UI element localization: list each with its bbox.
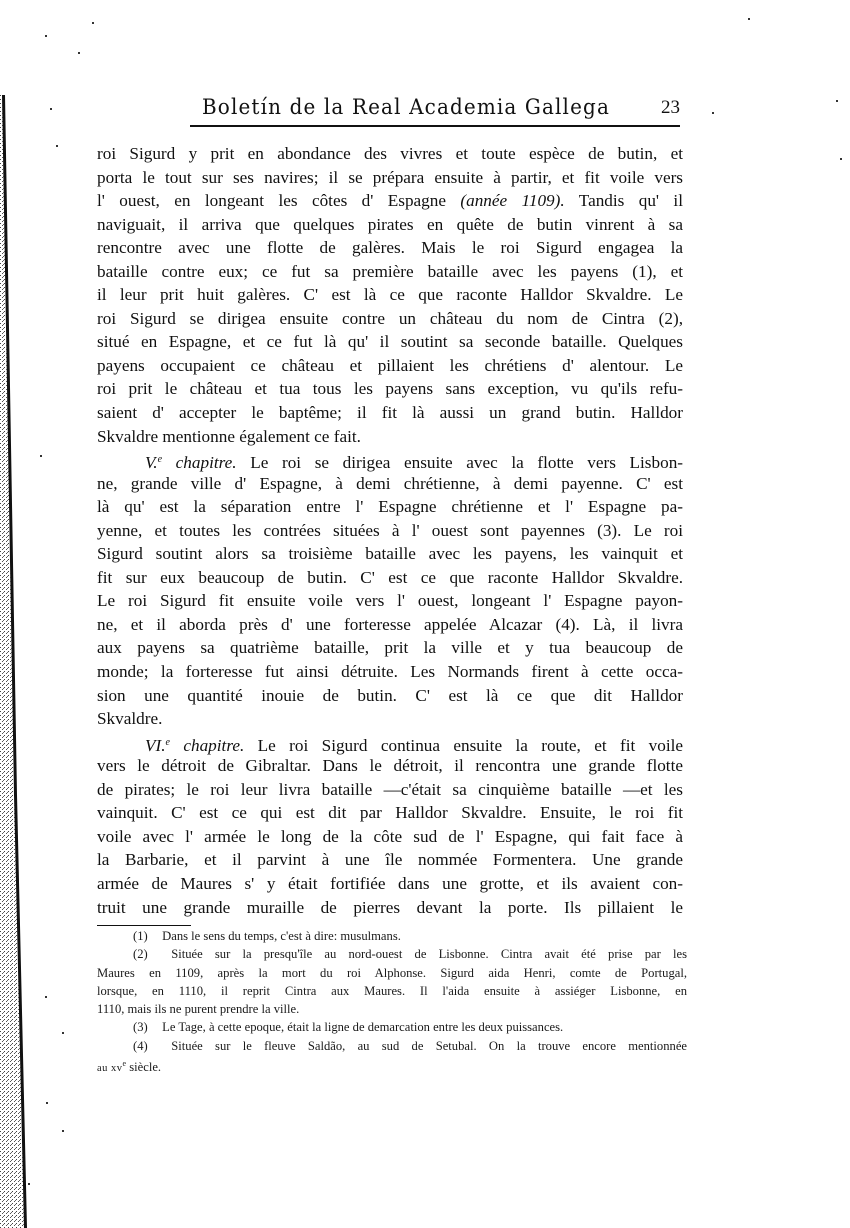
scan-speck (56, 145, 58, 147)
scan-speck (840, 158, 842, 160)
text-line: roi Sigurd y prit en abondance des vivre… (97, 142, 683, 166)
text-line: ne, et il aborda près d' une forteresse … (97, 613, 683, 637)
text-line: la Barbarie, et il parvint à une île nom… (97, 848, 683, 872)
scan-speck (748, 18, 750, 20)
scan-speck (62, 1032, 64, 1034)
footnote-separator (97, 925, 191, 926)
footnote-line: Maures en 1109, après la mort du roi Alp… (97, 964, 687, 982)
body-text: roi Sigurd y prit en abondance des vivre… (97, 142, 683, 919)
text-line: truit une grande muraille de pierres dev… (97, 896, 683, 920)
text-line: monde; la forteresse fut ainsi détruite.… (97, 660, 683, 684)
text-line: fit sur eux beaucoup de butin. C' est ce… (97, 566, 683, 590)
text-line: aux payens sa quatrième bataille, prit l… (97, 636, 683, 660)
scan-speck (46, 1102, 48, 1104)
scan-speck (45, 996, 47, 998)
text-line: ne, grande ville d' Espagne, à demi chré… (97, 472, 683, 496)
chapter-label: V.e chapitre. (145, 453, 237, 472)
text-line: bataille contre eux; ce fut sa première … (97, 260, 683, 284)
footnote-4: (4) Située sur le fleuve Saldão, au sud … (97, 1037, 687, 1055)
footnote-number: (3) (133, 1018, 159, 1036)
scan-speck (40, 455, 42, 457)
scan-speck (50, 108, 52, 110)
scan-speck (45, 35, 47, 37)
text-line: situé en Espagne, et ce fut là qu' il so… (97, 330, 683, 354)
scan-speck (92, 22, 94, 24)
text-line: il leur prit huit galères. C' est là ce … (97, 283, 683, 307)
text-line: Skvaldre. (97, 707, 683, 731)
text-line: rencontre avec une flotte de galères. Ma… (97, 236, 683, 260)
text-line: saient d' accepter le baptême; il fit là… (97, 401, 683, 425)
running-title: Boletín de la Real Academia Gallega (202, 95, 610, 119)
page-number: 23 (661, 97, 680, 119)
header-rule (190, 125, 680, 127)
chapter-label: VI.e chapitre. (145, 736, 244, 755)
date-annotation: (année 1109). (460, 191, 564, 210)
footnote-number: (1) (133, 927, 159, 945)
text-line: vers le détroit de Gibraltar. Dans le dé… (97, 754, 683, 778)
text-line: Skvaldre mentionne également ce fait. (97, 425, 683, 449)
text-line: porta le tout sur ses navires; il se pré… (97, 166, 683, 190)
footnote-line: 1110, mais ils ne purent prendre la vill… (97, 1000, 687, 1018)
scan-speck (62, 1130, 64, 1132)
book-binding-edge (0, 95, 30, 1228)
text-line: armée de Maures s' y était fortifiée dan… (97, 872, 683, 896)
footnotes: (1) Dans le sens du temps, c'est à dire:… (97, 927, 687, 1073)
text-line: Le roi Sigurd fit ensuite voile vers l' … (97, 589, 683, 613)
text-line: de pirates; le roi leur livra bataille —… (97, 778, 683, 802)
text-line: naviguait, il arriva que quelques pirate… (97, 213, 683, 237)
text-line: sion une quantité inouie de butin. C' es… (97, 684, 683, 708)
scan-speck (28, 1183, 30, 1185)
text-line: là qu' est la séparation entre l' Espagn… (97, 495, 683, 519)
text-line: payens occupaient ce château et pillaien… (97, 354, 683, 378)
footnote-number: (4) (133, 1037, 159, 1055)
chapter-heading-line: V.e chapitre. Le roi se dirigea ensuite … (97, 448, 683, 472)
scan-speck (78, 52, 80, 54)
footnote-1: (1) Dans le sens du temps, c'est à dire:… (97, 927, 687, 945)
text-line: roi prit le château et tua tous les paye… (97, 377, 683, 401)
page-header: Boletín de la Real Academia Gallega 23 (190, 95, 680, 125)
chapter-heading-line: VI.e chapitre. Le roi Sigurd continua en… (97, 731, 683, 755)
footnote-3: (3) Le Tage, à cette epoque, était la li… (97, 1018, 687, 1036)
text-line: Sigurd soutint alors sa troisième batail… (97, 542, 683, 566)
text-line: roi Sigurd se dirigea ensuite contre un … (97, 307, 683, 331)
footnote-line: au xve siècle. (97, 1055, 687, 1073)
text-line: l' ouest, en longeant les côtes d' Espag… (97, 189, 683, 213)
footnote-number: (2) (133, 945, 159, 963)
text-line: yenne, et toutes les contrées situées à … (97, 519, 683, 543)
scan-speck (712, 112, 714, 114)
text-line: voile avec l' armée le long de la côte s… (97, 825, 683, 849)
text-line: vainquit. C' est ce qui est dit par Hall… (97, 801, 683, 825)
footnote-line: lorsque, en 1110, il reprit Cintra aux M… (97, 982, 687, 1000)
footnote-2: (2) Située sur la presqu'île au nord-oue… (97, 945, 687, 963)
scan-speck (836, 100, 838, 102)
